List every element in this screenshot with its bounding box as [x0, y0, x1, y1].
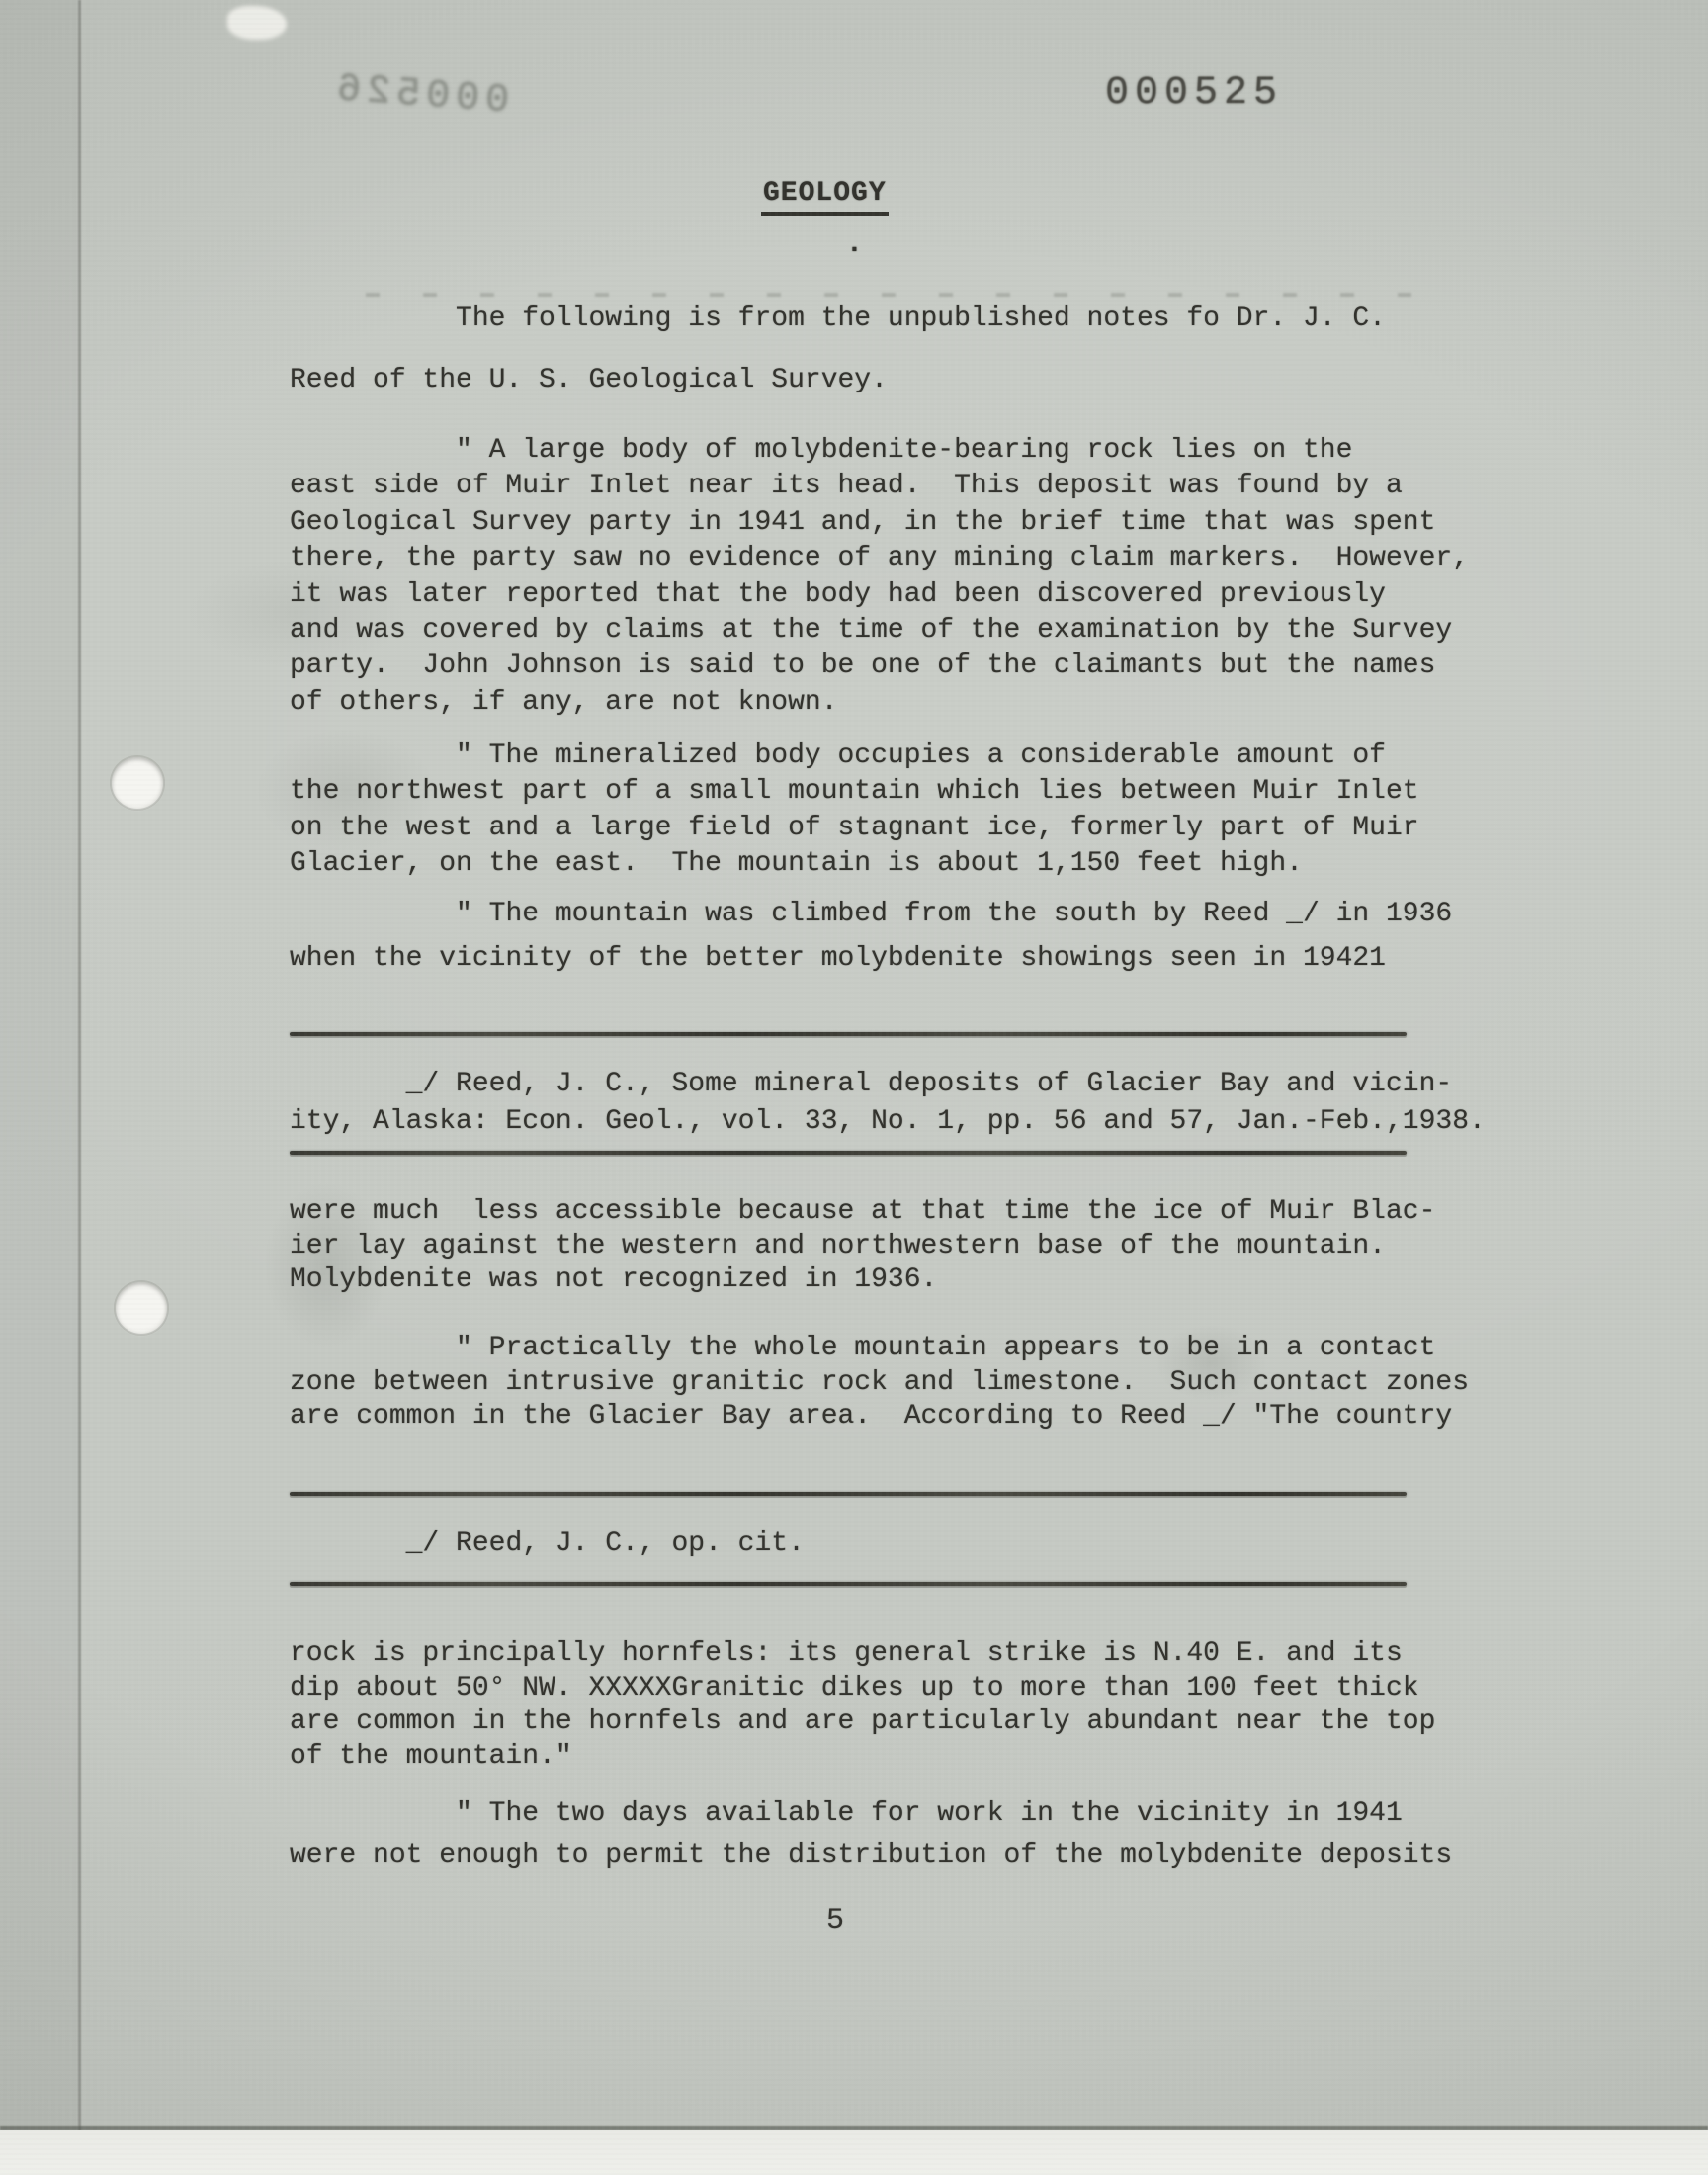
page-number: 5 — [826, 1904, 844, 1938]
bleedthrough-stamp: 000526 — [330, 67, 511, 124]
footnote-rule-1 — [290, 1032, 1407, 1036]
paper-left-margin-strip — [0, 0, 78, 2131]
footnote-rule-4 — [290, 1582, 1407, 1586]
scan-background-band — [0, 2130, 1708, 2175]
paragraph-hornfels: rock is principally hornfels: its genera… — [290, 1637, 1535, 1774]
paragraph-deposit-description: " A large body of molybdenite-bearing ro… — [290, 433, 1535, 721]
paragraph-mountain-climbed: " The mountain was climbed from the sout… — [290, 892, 1535, 981]
footnote-rule-3 — [290, 1492, 1407, 1496]
footnote-rule-2 — [290, 1151, 1407, 1155]
page-title: GEOLOGY — [761, 178, 889, 216]
paragraph-two-days: " The two days available for work in the… — [290, 1793, 1535, 1876]
paragraph-mineralized-body: " The mineralized body occupies a consid… — [290, 739, 1535, 883]
punch-hole-bottom — [116, 1282, 167, 1334]
footnote-reed-citation: _/ Reed, J. C., Some mineral deposits of… — [290, 1066, 1535, 1141]
paragraph-intro: The following is from the unpublished no… — [290, 289, 1535, 411]
document-number-stamp: 000525 — [1105, 71, 1283, 116]
paragraph-contact-zone: " Practically the whole mountain appears… — [290, 1332, 1535, 1435]
paper-tear-mark — [227, 6, 287, 40]
paper-edge-line — [78, 0, 81, 2131]
punch-hole-top — [112, 757, 163, 809]
footnote-op-cit: _/ Reed, J. C., op. cit. — [290, 1527, 1535, 1561]
paragraph-less-accessible: were much less accessible because at tha… — [290, 1195, 1535, 1298]
stray-ink-dot: . — [846, 229, 863, 260]
document-page: 000526 000525 GEOLOGY . The following is… — [0, 0, 1708, 2175]
